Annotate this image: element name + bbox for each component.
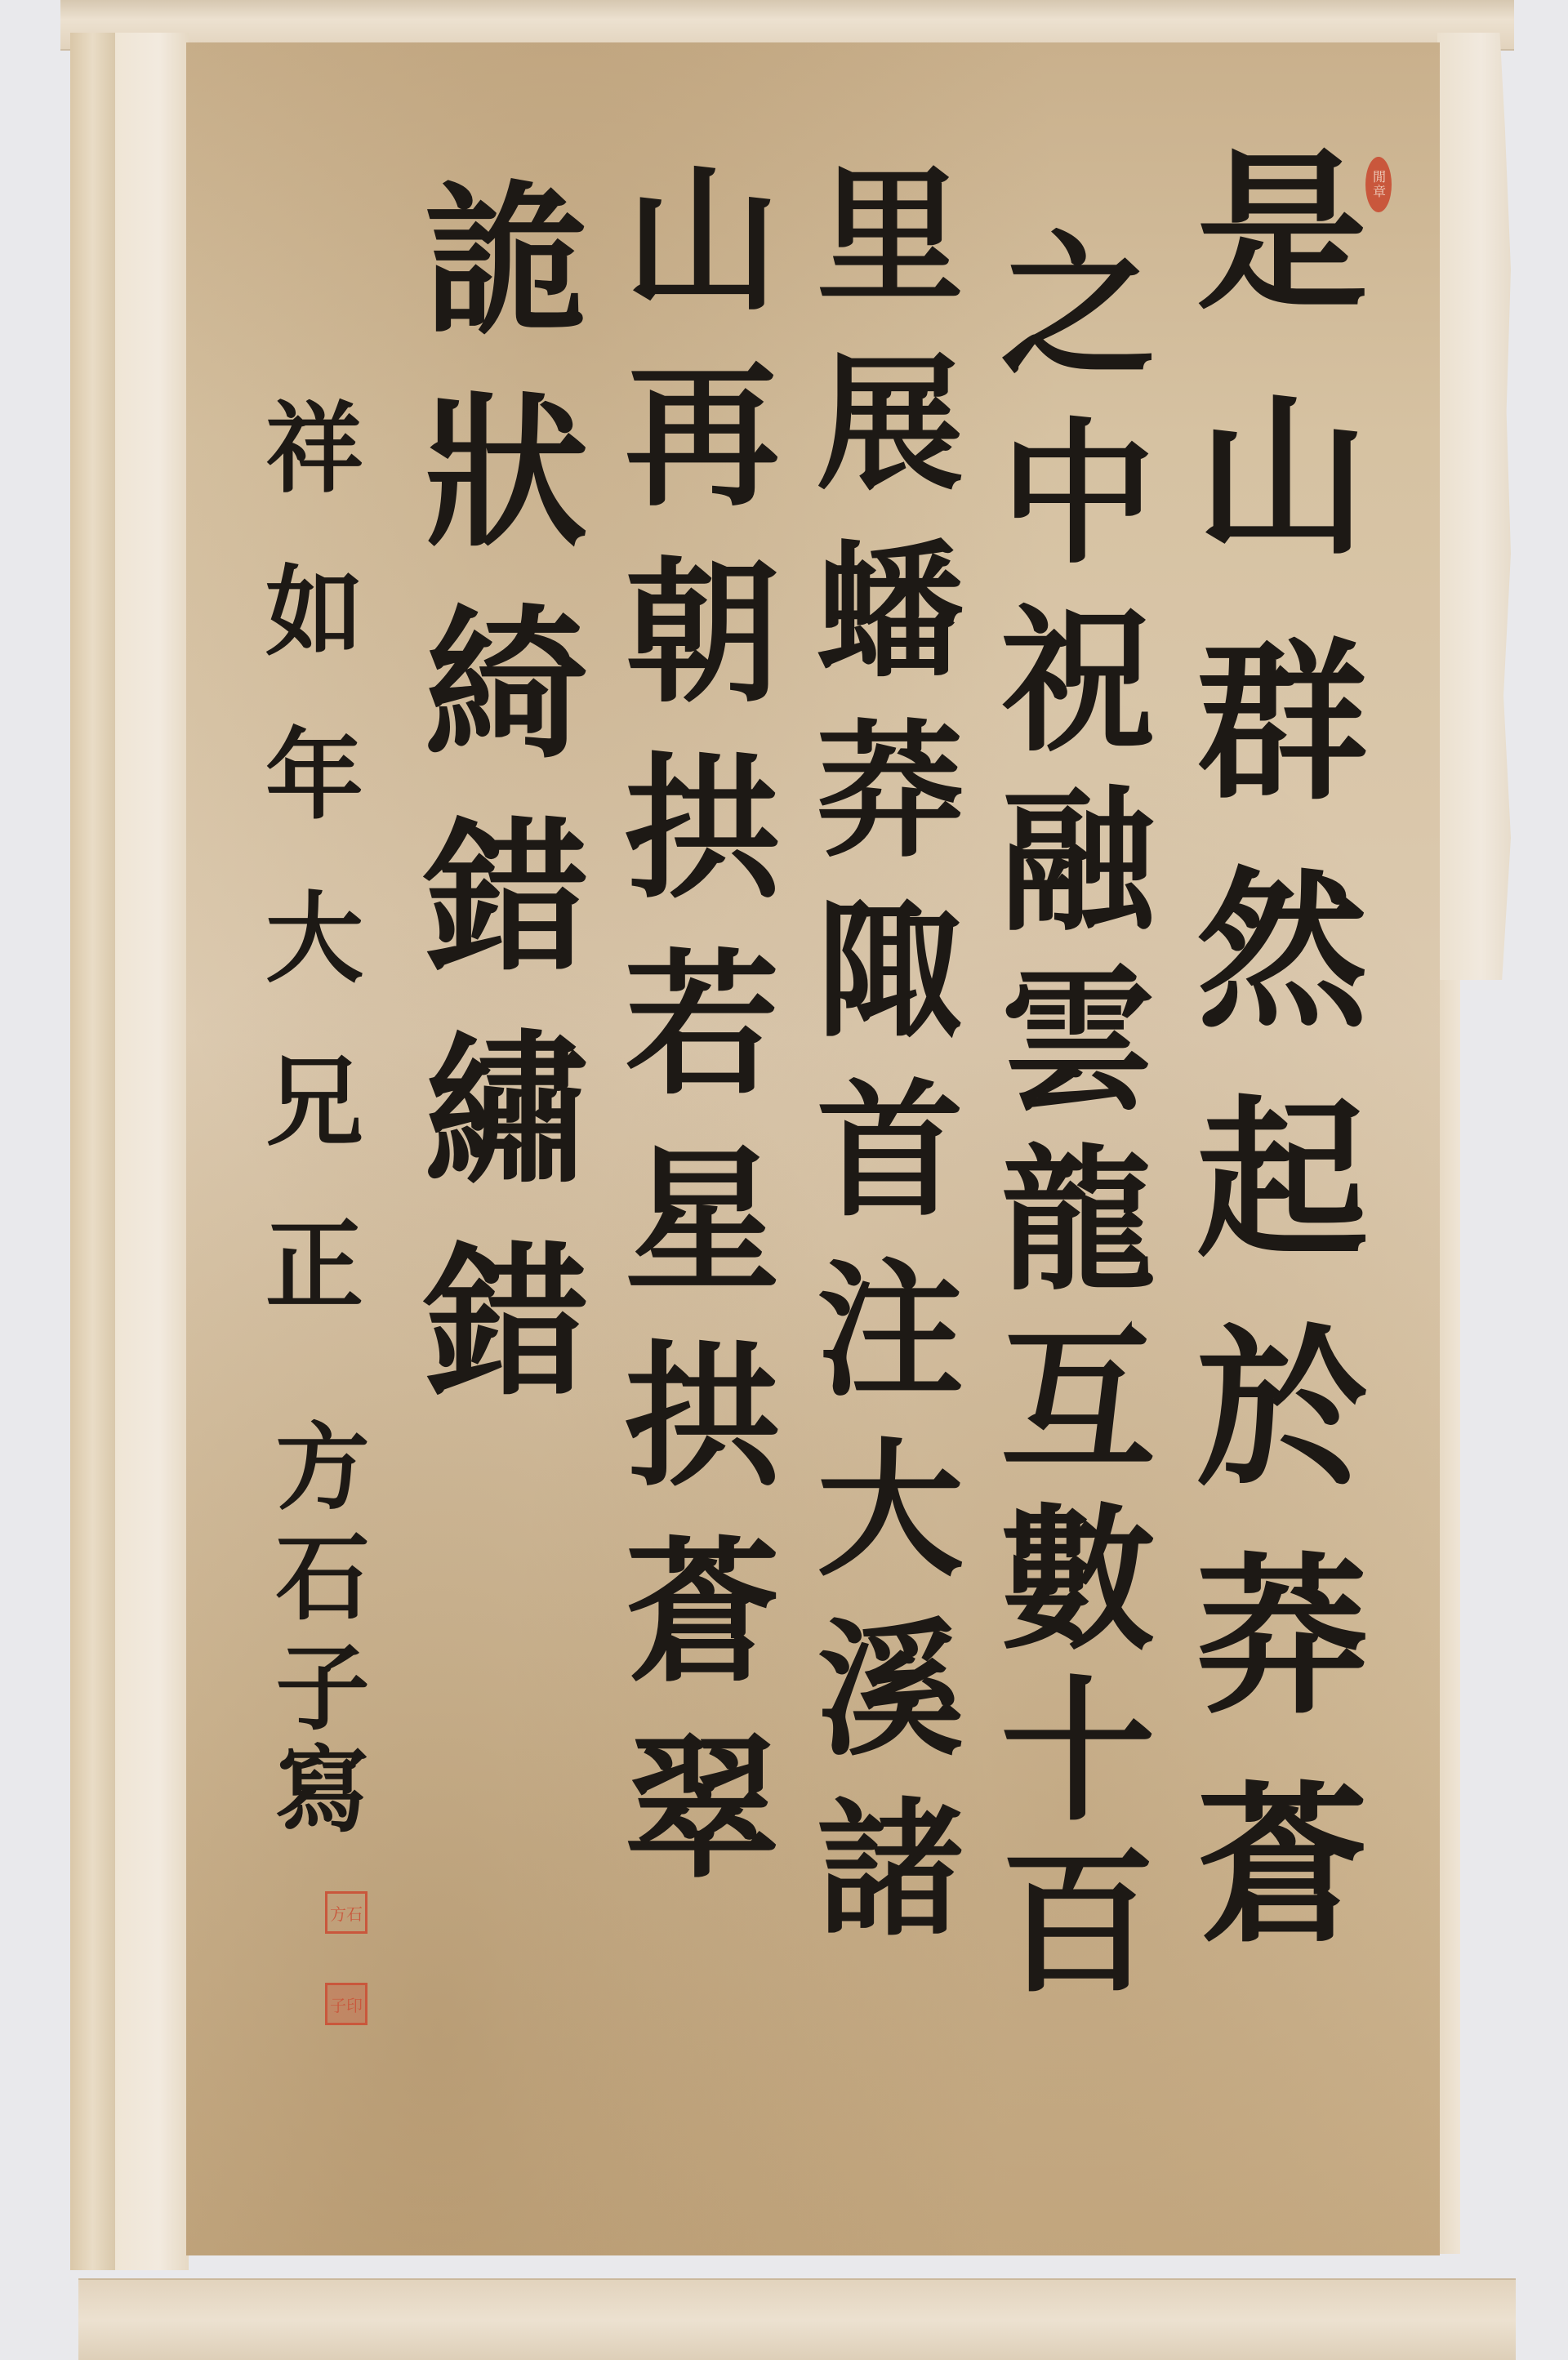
char: 然 — [1196, 866, 1368, 1037]
char: 錯 — [425, 817, 588, 980]
char: 翠 — [625, 1731, 780, 1886]
mount-left-silk-border — [70, 33, 115, 2270]
char: 寫 — [275, 1743, 369, 1837]
char: 祥 — [265, 400, 363, 498]
char: 拱 — [625, 751, 780, 906]
mount-left-paper-border — [115, 33, 189, 2270]
char: 大 — [265, 890, 363, 988]
text-column-2: 之 中 祝 融 雲 龍 互 數 十 百 — [972, 229, 1184, 2001]
char: 詭 — [425, 180, 588, 343]
leisure-seal-oval: 閒章 — [1365, 157, 1392, 212]
dedication-inscription: 祥 如 年 大 兄 正 — [253, 400, 376, 1315]
char: 拱 — [625, 1339, 780, 1494]
mount-right-lower-border — [1437, 980, 1460, 2254]
char: 諸 — [817, 1797, 964, 1944]
char: 錯 — [425, 1241, 588, 1405]
char: 數 — [1000, 1503, 1156, 1658]
char: 正 — [265, 1217, 363, 1315]
char: 山 — [625, 163, 780, 318]
char: 兄 — [265, 1053, 363, 1151]
char: 融 — [1000, 784, 1156, 939]
char: 祝 — [1000, 604, 1156, 759]
scroll-bottom-roller — [78, 2278, 1516, 2360]
text-column-3: 里 展 蟠 莽 陬 首 注 大 溪 諸 — [784, 163, 996, 1944]
char: 大 — [817, 1437, 964, 1584]
seal-text: 子印 — [330, 1993, 363, 2016]
char: 百 — [1000, 1846, 1156, 2001]
char: 蒼 — [625, 1535, 780, 1690]
char: 群 — [1196, 637, 1368, 808]
char: 山 — [1196, 392, 1368, 563]
char: 互 — [1000, 1323, 1156, 1478]
char: 之 — [1000, 229, 1156, 384]
char: 如 — [265, 563, 363, 661]
char: 綺 — [425, 604, 588, 768]
char: 星 — [625, 1143, 780, 1298]
char: 於 — [1196, 1323, 1368, 1494]
char: 子 — [275, 1641, 369, 1735]
char: 狀 — [425, 392, 588, 555]
char: 龍 — [1000, 1143, 1156, 1298]
char: 雲 — [1000, 964, 1156, 1119]
seal-text: 閒章 — [1370, 170, 1388, 199]
char: 方 — [275, 1421, 369, 1515]
char: 石 — [275, 1531, 369, 1625]
char: 展 — [817, 351, 964, 498]
char: 十 — [1000, 1674, 1156, 1829]
artist-signature: 方 石 子 寫 — [261, 1421, 384, 1837]
char: 陬 — [817, 898, 964, 1045]
char: 溪 — [817, 1617, 964, 1764]
char: 中 — [1000, 416, 1156, 572]
char: 年 — [265, 727, 363, 825]
text-column-5: 詭 狀 綺 錯 繡 錯 — [400, 180, 612, 1405]
char: 朝 — [625, 555, 780, 710]
char: 注 — [817, 1258, 964, 1405]
char: 若 — [625, 947, 780, 1102]
artist-seal-1: 方石 — [325, 1891, 367, 1934]
char: 首 — [817, 1078, 964, 1225]
text-column-1: 是 山 群 然 起 於 莽 蒼 — [1176, 147, 1388, 1952]
mount-right-torn-border — [1437, 33, 1511, 980]
char: 是 — [1196, 147, 1368, 318]
char: 蟠 — [817, 539, 964, 686]
seal-text: 方石 — [330, 1901, 363, 1925]
text-column-4: 山 再 朝 拱 若 星 拱 蒼 翠 — [596, 163, 808, 1886]
artist-seal-2: 子印 — [325, 1983, 367, 2025]
char: 繡 — [425, 1029, 588, 1192]
char: 起 — [1196, 1094, 1368, 1266]
char: 蒼 — [1196, 1780, 1368, 1952]
char: 再 — [625, 359, 780, 514]
char: 莽 — [817, 719, 964, 866]
char: 莽 — [1196, 1552, 1368, 1723]
char: 里 — [817, 163, 964, 310]
